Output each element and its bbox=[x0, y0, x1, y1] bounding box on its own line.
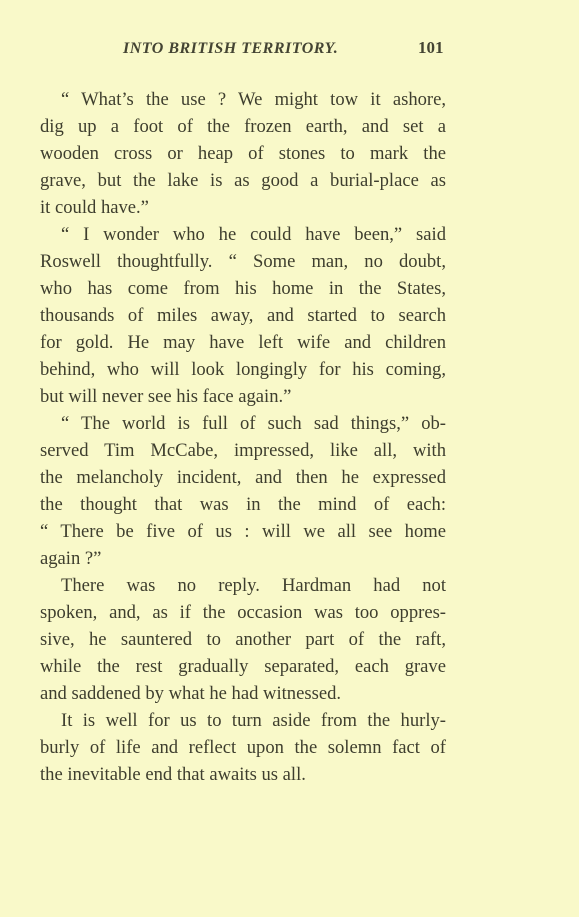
text-line: for gold. He may have left wife and chil… bbox=[40, 329, 446, 356]
text-line: spoken, and, as if the occasion was too … bbox=[40, 599, 446, 626]
text-line: “ I wonder who he could have been,” said bbox=[40, 221, 446, 248]
text-line: the thought that was in the mind of each… bbox=[40, 491, 446, 518]
text-line: grave, but the lake is as good a burial-… bbox=[40, 167, 446, 194]
text-line: who has come from his home in the States… bbox=[40, 275, 446, 302]
text-line: and saddened by what he had witnessed. bbox=[40, 680, 446, 707]
text-line: it could have.” bbox=[40, 194, 446, 221]
body-text: “ What’s the use ? We might tow it ashor… bbox=[40, 86, 446, 788]
text-line: It is well for us to turn aside from the… bbox=[40, 707, 446, 734]
text-line: wooden cross or heap of stones to mark t… bbox=[40, 140, 446, 167]
book-page: INTO BRITISH TERRITORY. 101 “ What’s the… bbox=[0, 0, 579, 917]
text-line: sive, he sauntered to another part of th… bbox=[40, 626, 446, 653]
text-line: but will never see his face again.” bbox=[40, 383, 446, 410]
text-line: Roswell thoughtfully. “ Some man, no dou… bbox=[40, 248, 446, 275]
text-line: again ?” bbox=[40, 545, 446, 572]
text-line: dig up a foot of the frozen earth, and s… bbox=[40, 113, 446, 140]
text-line: thousands of miles away, and started to … bbox=[40, 302, 446, 329]
text-line: the melancholy incident, and then he exp… bbox=[40, 464, 446, 491]
text-line: burly of life and reflect upon the solem… bbox=[40, 734, 446, 761]
text-line: “ The world is full of such sad things,”… bbox=[40, 410, 446, 437]
text-line: served Tim McCabe, impressed, like all, … bbox=[40, 437, 446, 464]
text-line: while the rest gradually separated, each… bbox=[40, 653, 446, 680]
text-line: the inevitable end that awaits us all. bbox=[40, 761, 446, 788]
text-line: “ There be five of us : will we all see … bbox=[40, 518, 446, 545]
running-title: INTO BRITISH TERRITORY. bbox=[123, 40, 338, 58]
page-number: 101 bbox=[418, 38, 444, 58]
text-line: There was no reply. Hardman had not bbox=[40, 572, 446, 599]
text-line: behind, who will look longingly for his … bbox=[40, 356, 446, 383]
text-line: “ What’s the use ? We might tow it ashor… bbox=[40, 86, 446, 113]
